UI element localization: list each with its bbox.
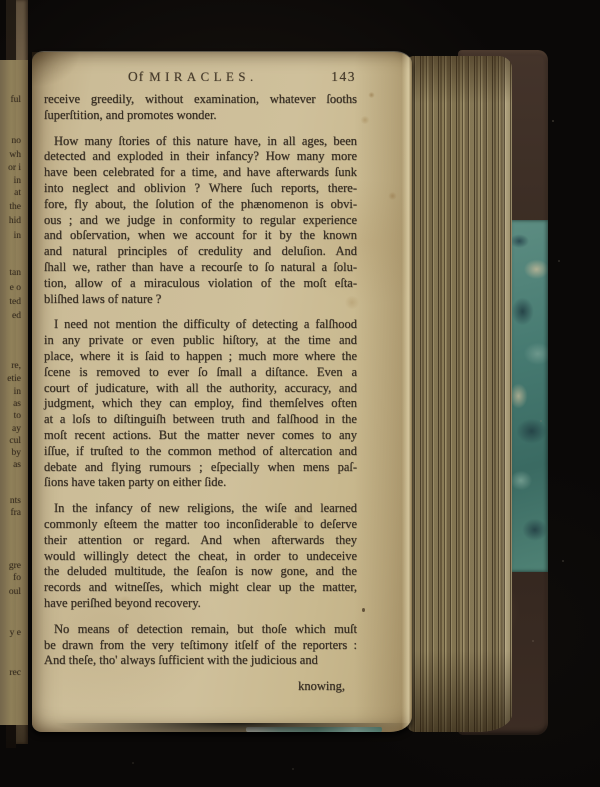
text-line: ſuperſtition, and promotes wonder. bbox=[44, 108, 357, 124]
left-page-text-fragment: by bbox=[12, 448, 22, 458]
paragraph: I need not mention the difficulty of det… bbox=[44, 317, 357, 491]
left-page-text-fragment: ed bbox=[12, 311, 21, 321]
page-text: receive greedily, without examination, w… bbox=[44, 92, 357, 695]
chapter-title-word: MIRACLES. bbox=[149, 70, 257, 84]
text-line: tion, allow of a miraculous violation of… bbox=[44, 276, 357, 292]
left-page-text-fragment: fra bbox=[10, 508, 21, 518]
text-line: into neglect and oblivion ? Where ſuch r… bbox=[44, 181, 357, 197]
text-line: And theſe, tho' always ſufficient with t… bbox=[44, 653, 357, 669]
text-line: would willingly detect the cheat, in ord… bbox=[44, 549, 357, 565]
left-page-text-fragment: e o bbox=[10, 283, 21, 293]
text-line: ſhall we, rather than have a recourſe to… bbox=[44, 260, 357, 276]
left-page-text-fragment: cul bbox=[9, 436, 21, 446]
book-photo: fulnowhor iinatthehidintane otededre,eti… bbox=[0, 0, 600, 787]
left-page-text-fragment: no bbox=[12, 136, 22, 146]
left-page-text-fragment: the bbox=[9, 202, 21, 212]
text-line: and natural principles of credulity and … bbox=[44, 244, 357, 260]
text-line: commonly eſteem the matter too inconſide… bbox=[44, 517, 357, 533]
text-line: bliſhed laws of nature ? bbox=[44, 292, 357, 308]
text-line: court of judicature, with all the author… bbox=[44, 381, 357, 397]
running-header: OfMIRACLES. 143 bbox=[32, 69, 412, 85]
ground-shadow bbox=[10, 723, 460, 743]
left-page-text-fragment: ted bbox=[9, 297, 21, 307]
text-line: moſt recent actions. But the matter neve… bbox=[44, 428, 357, 444]
left-page-text-fragment: oul bbox=[9, 587, 21, 597]
dust-specks bbox=[552, 120, 554, 122]
text-line: detected and exploded in their infancy? … bbox=[44, 149, 357, 165]
text-line: their attention or regard. And when afte… bbox=[44, 533, 357, 549]
left-page-text-fragment: at bbox=[14, 188, 21, 198]
left-page-text-fragment: in bbox=[14, 231, 21, 241]
chapter-title: OfMIRACLES. bbox=[128, 69, 258, 85]
text-line: fore, fly about, the ſolution of the phæ… bbox=[44, 197, 357, 213]
text-line: iſſue, if truſted to the common method o… bbox=[44, 444, 357, 460]
left-page-text-fragment: fo bbox=[13, 573, 21, 583]
text-line: No means of detection remain, but thoſe … bbox=[44, 622, 357, 638]
paragraph: receive greedily, without examination, w… bbox=[44, 92, 357, 124]
left-page-text-fragment: hid bbox=[9, 216, 21, 226]
text-line: judgment, which they can employ, find th… bbox=[44, 396, 357, 412]
left-page-text-fragment: gre bbox=[9, 561, 21, 571]
left-page-text-fragment: nts bbox=[10, 496, 21, 506]
text-line: ſcene is removed to ever ſo ſmall a diſt… bbox=[44, 365, 357, 381]
text-line: have periſhed beyond recovery. bbox=[44, 596, 357, 612]
left-page-fragments: fulnowhor iinatthehidintane otededre,eti… bbox=[0, 0, 26, 787]
text-line: records and witneſſes, which might clear… bbox=[44, 580, 357, 596]
paragraph: How many ſtories of this nature have, in… bbox=[44, 134, 357, 308]
paragraph: In the infancy of new religions, the wiſ… bbox=[44, 501, 357, 612]
text-line: and obſervation, when we account for it … bbox=[44, 228, 357, 244]
text-line: the deluded multitude, the ſeaſon is now… bbox=[44, 564, 357, 580]
left-page-text-fragment: y e bbox=[10, 628, 21, 638]
left-page-text-fragment: rec bbox=[9, 668, 21, 678]
text-line: be drawn from the very teſtimony itſelf … bbox=[44, 638, 357, 654]
text-line: have been celebrated for a time, and hav… bbox=[44, 165, 357, 181]
left-page-text-fragment: as bbox=[13, 399, 21, 409]
catchword: knowing, bbox=[44, 679, 357, 695]
chapter-title-prefix: Of bbox=[128, 69, 144, 84]
left-page-text-fragment: as bbox=[13, 460, 21, 470]
text-line: in any private or even public hiſtory, a… bbox=[44, 333, 357, 349]
text-line: ous ; and we judge in conformity to regu… bbox=[44, 213, 357, 229]
left-page-text-fragment: re, bbox=[11, 361, 21, 371]
left-page-text-fragment: ful bbox=[10, 95, 21, 105]
left-page-text-fragment: or i bbox=[8, 163, 21, 173]
text-line: In the infancy of new religions, the wiſ… bbox=[44, 501, 357, 517]
text-line: place, where it is ſaid to happen ; much… bbox=[44, 349, 357, 365]
fore-edge-pages bbox=[406, 56, 512, 732]
left-page-text-fragment: tan bbox=[9, 268, 21, 278]
page-curve-shading bbox=[354, 52, 412, 732]
marbled-paper bbox=[507, 220, 548, 572]
right-page: OfMIRACLES. 143 receive greedily, withou… bbox=[32, 52, 412, 732]
text-line: receive greedily, without examination, w… bbox=[44, 92, 357, 108]
text-line: debate and flying rumours ; eſpecially w… bbox=[44, 460, 357, 476]
page-number: 143 bbox=[331, 69, 356, 85]
text-line: ſions have taken party on either ſide. bbox=[44, 475, 357, 491]
left-page-text-fragment: in bbox=[14, 176, 21, 186]
text-line: I need not mention the difficulty of det… bbox=[44, 317, 357, 333]
text-line: at a loſs to diſtinguiſh between truth a… bbox=[44, 412, 357, 428]
left-page-text-fragment: etie bbox=[7, 374, 21, 384]
text-line: How many ſtories of this nature have, in… bbox=[44, 134, 357, 150]
paragraph: No means of detection remain, but thoſe … bbox=[44, 622, 357, 669]
left-page-text-fragment: to bbox=[14, 411, 21, 421]
left-page-text-fragment: ay bbox=[12, 424, 21, 434]
left-page-text-fragment: in bbox=[14, 387, 21, 397]
left-page-text-fragment: wh bbox=[9, 150, 21, 160]
